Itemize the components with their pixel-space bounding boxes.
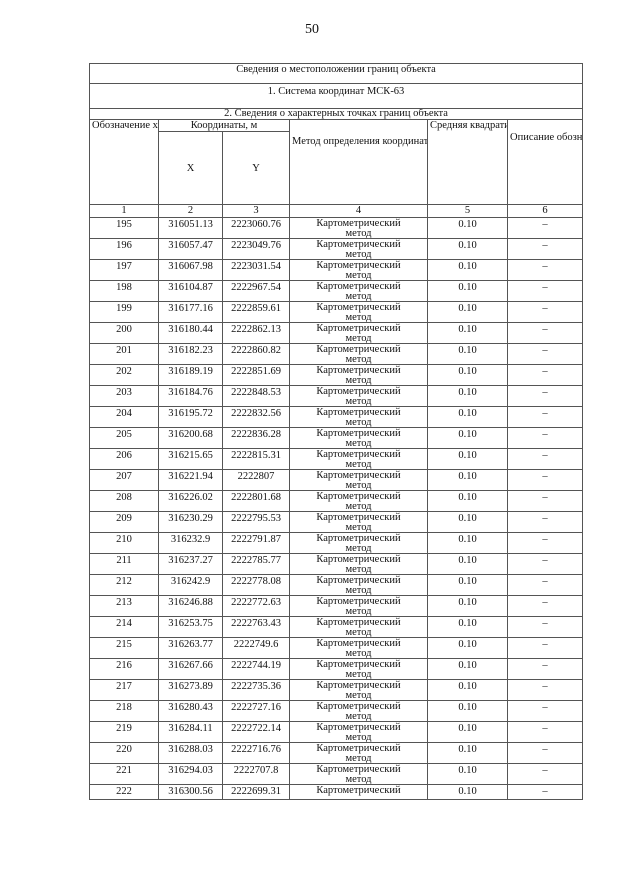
method-cell: Картометрическийметод xyxy=(290,239,428,260)
x-cell: 316200.68 xyxy=(159,428,223,449)
method-cell: Картометрическийметод xyxy=(290,344,428,365)
table-row: 202316189.192222851.69Картометрическийме… xyxy=(90,365,583,386)
error-cell: 0.10 xyxy=(428,659,508,680)
method-cell: Картометрическийметод xyxy=(290,722,428,743)
point-cell: 196 xyxy=(90,239,159,260)
description-cell: – xyxy=(508,512,583,533)
x-cell: 316273.89 xyxy=(159,680,223,701)
method-cell: Картометрическийметод xyxy=(290,281,428,302)
x-cell: 316294.03 xyxy=(159,764,223,785)
method-cell: Картометрическийметод xyxy=(290,365,428,386)
method-cell: Картометрическийметод xyxy=(290,407,428,428)
method-cell: Картометрическийметод xyxy=(290,659,428,680)
description-cell: – xyxy=(508,680,583,701)
error-cell: 0.10 xyxy=(428,365,508,386)
x-cell: 316263.77 xyxy=(159,638,223,659)
x-cell: 316104.87 xyxy=(159,281,223,302)
error-cell: 0.10 xyxy=(428,281,508,302)
x-cell: 316288.03 xyxy=(159,743,223,764)
method-cell: Картометрическийметод xyxy=(290,470,428,491)
method-cell: Картометрическийметод xyxy=(290,218,428,239)
method-text-cont: метод xyxy=(292,628,425,638)
method-text-cont: метод xyxy=(292,733,425,743)
error-cell: 0.10 xyxy=(428,302,508,323)
method-cell: Картометрическийметод xyxy=(290,323,428,344)
error-cell: 0.10 xyxy=(428,743,508,764)
error-cell: 0.10 xyxy=(428,491,508,512)
x-cell: 316300.56 xyxy=(159,785,223,800)
y-cell: 2222860.82 xyxy=(223,344,290,365)
method-cell: Картометрическийметод xyxy=(290,491,428,512)
method-text-cont: метод xyxy=(292,565,425,575)
method-text-cont: метод xyxy=(292,376,425,386)
method-text-cont: метод xyxy=(292,355,425,365)
y-cell: 2222795.53 xyxy=(223,512,290,533)
method-text-cont: метод xyxy=(292,397,425,407)
table-row: 211316237.272222785.77Картометрическийме… xyxy=(90,554,583,575)
x-cell: 316184.76 xyxy=(159,386,223,407)
description-cell: – xyxy=(508,722,583,743)
description-cell: – xyxy=(508,428,583,449)
point-cell: 202 xyxy=(90,365,159,386)
point-cell: 217 xyxy=(90,680,159,701)
description-cell: – xyxy=(508,785,583,800)
method-text-cont: метод xyxy=(292,691,425,701)
x-cell: 316230.29 xyxy=(159,512,223,533)
description-cell: – xyxy=(508,533,583,554)
column-number: 5 xyxy=(428,205,508,218)
method-cell: Картометрическийметод xyxy=(290,533,428,554)
point-cell: 203 xyxy=(90,386,159,407)
point-cell: 198 xyxy=(90,281,159,302)
x-cell: 316246.88 xyxy=(159,596,223,617)
error-cell: 0.10 xyxy=(428,554,508,575)
description-cell: – xyxy=(508,638,583,659)
error-cell: 0.10 xyxy=(428,239,508,260)
point-cell: 206 xyxy=(90,449,159,470)
y-cell: 2222851.69 xyxy=(223,365,290,386)
description-cell: – xyxy=(508,218,583,239)
point-cell: 222 xyxy=(90,785,159,800)
point-cell: 208 xyxy=(90,491,159,512)
description-cell: – xyxy=(508,407,583,428)
error-cell: 0.10 xyxy=(428,470,508,491)
table-row: 206316215.652222815.31Картометрическийме… xyxy=(90,449,583,470)
point-cell: 200 xyxy=(90,323,159,344)
table-row: 220316288.032222716.76Картометрическийме… xyxy=(90,743,583,764)
error-cell: 0.10 xyxy=(428,407,508,428)
method-text-cont: метод xyxy=(292,712,425,722)
table-row: 221316294.032222707.8Картометрическиймет… xyxy=(90,764,583,785)
y-cell: 2222785.77 xyxy=(223,554,290,575)
error-cell: 0.10 xyxy=(428,680,508,701)
description-cell: – xyxy=(508,491,583,512)
method-cell: Картометрическийметод xyxy=(290,638,428,659)
y-cell: 2222763.43 xyxy=(223,617,290,638)
table-row: 200316180.442222862.13Картометрическийме… xyxy=(90,323,583,344)
column-number: 3 xyxy=(223,205,290,218)
table-row: 210316232.92222791.87Картометрическиймет… xyxy=(90,533,583,554)
table-row: 197316067.982223031.54Картометрическийме… xyxy=(90,260,583,281)
method-text-cont: метод xyxy=(292,670,425,680)
method-cell: Картометрическийметод xyxy=(290,302,428,323)
method-text-cont: метод xyxy=(292,229,425,239)
method-cell: Картометрическийметод xyxy=(290,386,428,407)
y-cell: 2222832.56 xyxy=(223,407,290,428)
y-cell: 2222807 xyxy=(223,470,290,491)
point-cell: 211 xyxy=(90,554,159,575)
y-cell: 2222778.08 xyxy=(223,575,290,596)
table-row: 215316263.772222749.6Картометрическиймет… xyxy=(90,638,583,659)
method-text-cont: метод xyxy=(292,523,425,533)
table-row: 219316284.112222722.14Картометрическийме… xyxy=(90,722,583,743)
method-cell: Картометрическийметод xyxy=(290,554,428,575)
coordinate-system-label: 1. Система координат МСК-63 xyxy=(90,84,583,109)
description-cell: – xyxy=(508,344,583,365)
column-number: 4 xyxy=(290,205,428,218)
header-coordinates: Координаты, м xyxy=(159,120,290,132)
method-text-cont: метод xyxy=(292,460,425,470)
method-cell: Картометрическийметод xyxy=(290,743,428,764)
table-row: 213316246.882222772.63Картометрическийме… xyxy=(90,596,583,617)
description-cell: – xyxy=(508,554,583,575)
point-cell: 220 xyxy=(90,743,159,764)
page-number: 50 xyxy=(0,22,624,38)
x-cell: 316226.02 xyxy=(159,491,223,512)
method-text-cont: метод xyxy=(292,481,425,491)
table-row: 204316195.722222832.56Картометрическийме… xyxy=(90,407,583,428)
description-cell: – xyxy=(508,596,583,617)
method-text-cont: метод xyxy=(292,754,425,764)
error-cell: 0.10 xyxy=(428,617,508,638)
method-text: Картометрический xyxy=(292,786,425,796)
point-cell: 210 xyxy=(90,533,159,554)
y-cell: 2222749.6 xyxy=(223,638,290,659)
point-cell: 218 xyxy=(90,701,159,722)
table-row: 216316267.662222744.19Картометрическийме… xyxy=(90,659,583,680)
method-text-cont: метод xyxy=(292,334,425,344)
method-text-cont: метод xyxy=(292,649,425,659)
x-cell: 316280.43 xyxy=(159,701,223,722)
point-cell: 214 xyxy=(90,617,159,638)
description-cell: – xyxy=(508,302,583,323)
description-cell: – xyxy=(508,701,583,722)
method-cell: Картометрическийметод xyxy=(290,449,428,470)
point-cell: 199 xyxy=(90,302,159,323)
method-cell: Картометрическийметод xyxy=(290,596,428,617)
column-number: 1 xyxy=(90,205,159,218)
table-row: 196316057.472223049.76Картометрическийме… xyxy=(90,239,583,260)
description-cell: – xyxy=(508,764,583,785)
description-cell: – xyxy=(508,323,583,344)
point-cell: 205 xyxy=(90,428,159,449)
column-number: 6 xyxy=(508,205,583,218)
point-cell: 216 xyxy=(90,659,159,680)
table-row: 195316051.132223060.76Картометрическийме… xyxy=(90,218,583,239)
method-text-cont: метод xyxy=(292,271,425,281)
point-cell: 197 xyxy=(90,260,159,281)
table-row: 199316177.162222859.61Картометрическийме… xyxy=(90,302,583,323)
y-cell: 2222801.68 xyxy=(223,491,290,512)
x-cell: 316195.72 xyxy=(159,407,223,428)
x-cell: 316189.19 xyxy=(159,365,223,386)
method-text-cont: метод xyxy=(292,250,425,260)
points-section-label: 2. Сведения о характерных точках границ … xyxy=(90,109,583,120)
header-point: Обозначение характерных точек границ xyxy=(90,120,159,205)
table-row: 205316200.682222836.28Картометрическийме… xyxy=(90,428,583,449)
method-text-cont: метод xyxy=(292,544,425,554)
method-cell: Картометрический xyxy=(290,785,428,800)
x-cell: 316180.44 xyxy=(159,323,223,344)
table-title: Сведения о местоположении границ объекта xyxy=(90,64,583,84)
method-cell: Картометрическийметод xyxy=(290,701,428,722)
error-cell: 0.10 xyxy=(428,575,508,596)
error-cell: 0.10 xyxy=(428,764,508,785)
table-row: 214316253.752222763.43Картометрическийме… xyxy=(90,617,583,638)
point-cell: 221 xyxy=(90,764,159,785)
method-cell: Картометрическийметод xyxy=(290,260,428,281)
error-cell: 0.10 xyxy=(428,344,508,365)
method-cell: Картометрическийметод xyxy=(290,512,428,533)
description-cell: – xyxy=(508,365,583,386)
y-cell: 2222699.31 xyxy=(223,785,290,800)
y-cell: 2223060.76 xyxy=(223,218,290,239)
header-method: Метод определения координат характерной … xyxy=(290,120,428,205)
x-cell: 316182.23 xyxy=(159,344,223,365)
table-row: 222316300.562222699.31Картометрический0.… xyxy=(90,785,583,800)
method-text-cont: метод xyxy=(292,292,425,302)
method-text-cont: метод xyxy=(292,775,425,785)
column-number: 2 xyxy=(159,205,223,218)
x-cell: 316067.98 xyxy=(159,260,223,281)
y-cell: 2222848.53 xyxy=(223,386,290,407)
table-row: 218316280.432222727.16Картометрическийме… xyxy=(90,701,583,722)
table-row: 203316184.762222848.53Картометрическийме… xyxy=(90,386,583,407)
x-cell: 316221.94 xyxy=(159,470,223,491)
error-cell: 0.10 xyxy=(428,323,508,344)
point-cell: 201 xyxy=(90,344,159,365)
y-cell: 2222772.63 xyxy=(223,596,290,617)
y-cell: 2222862.13 xyxy=(223,323,290,344)
error-cell: 0.10 xyxy=(428,722,508,743)
point-cell: 195 xyxy=(90,218,159,239)
method-cell: Картометрическийметод xyxy=(290,617,428,638)
x-cell: 316057.47 xyxy=(159,239,223,260)
point-cell: 219 xyxy=(90,722,159,743)
x-cell: 316284.11 xyxy=(159,722,223,743)
x-cell: 316267.66 xyxy=(159,659,223,680)
description-cell: – xyxy=(508,386,583,407)
table-row: 198316104.872222967.54Картометрическийме… xyxy=(90,281,583,302)
y-cell: 2222791.87 xyxy=(223,533,290,554)
y-cell: 2222727.16 xyxy=(223,701,290,722)
table-row: 208316226.022222801.68Картометрическийме… xyxy=(90,491,583,512)
error-cell: 0.10 xyxy=(428,386,508,407)
x-cell: 316177.16 xyxy=(159,302,223,323)
table-row: 201316182.232222860.82Картометрическийме… xyxy=(90,344,583,365)
x-cell: 316051.13 xyxy=(159,218,223,239)
description-cell: – xyxy=(508,743,583,764)
method-text-cont: метод xyxy=(292,418,425,428)
table-row: 207316221.942222807Картометрическийметод… xyxy=(90,470,583,491)
y-cell: 2222707.8 xyxy=(223,764,290,785)
point-cell: 213 xyxy=(90,596,159,617)
y-cell: 2223049.76 xyxy=(223,239,290,260)
y-cell: 2222967.54 xyxy=(223,281,290,302)
method-cell: Картометрическийметод xyxy=(290,575,428,596)
point-cell: 215 xyxy=(90,638,159,659)
header-error: Средняя квадратическая погрешность полож… xyxy=(428,120,508,205)
error-cell: 0.10 xyxy=(428,533,508,554)
table-row: 212316242.92222778.08Картометрическиймет… xyxy=(90,575,583,596)
error-cell: 0.10 xyxy=(428,596,508,617)
description-cell: – xyxy=(508,449,583,470)
error-cell: 0.10 xyxy=(428,638,508,659)
error-cell: 0.10 xyxy=(428,785,508,800)
error-cell: 0.10 xyxy=(428,218,508,239)
y-cell: 2222744.19 xyxy=(223,659,290,680)
y-cell: 2222716.76 xyxy=(223,743,290,764)
method-text-cont: метод xyxy=(292,607,425,617)
description-cell: – xyxy=(508,659,583,680)
point-cell: 207 xyxy=(90,470,159,491)
header-y: Y xyxy=(223,132,290,205)
method-cell: Картометрическийметод xyxy=(290,428,428,449)
description-cell: – xyxy=(508,470,583,491)
point-cell: 212 xyxy=(90,575,159,596)
method-cell: Картометрическийметод xyxy=(290,680,428,701)
description-cell: – xyxy=(508,281,583,302)
method-text-cont: метод xyxy=(292,439,425,449)
y-cell: 2222836.28 xyxy=(223,428,290,449)
description-cell: – xyxy=(508,239,583,260)
x-cell: 316232.9 xyxy=(159,533,223,554)
description-cell: – xyxy=(508,260,583,281)
table-row: 217316273.892222735.36Картометрическийме… xyxy=(90,680,583,701)
boundary-points-table: Сведения о местоположении границ объекта… xyxy=(89,63,583,800)
y-cell: 2222735.36 xyxy=(223,680,290,701)
header-description: Описание обозначения точки на местности … xyxy=(508,120,583,205)
error-cell: 0.10 xyxy=(428,701,508,722)
method-text-cont: метод xyxy=(292,502,425,512)
y-cell: 2222722.14 xyxy=(223,722,290,743)
error-cell: 0.10 xyxy=(428,449,508,470)
description-cell: – xyxy=(508,575,583,596)
error-cell: 0.10 xyxy=(428,260,508,281)
x-cell: 316242.9 xyxy=(159,575,223,596)
header-x: X xyxy=(159,132,223,205)
table-row: 209316230.292222795.53Картометрическийме… xyxy=(90,512,583,533)
error-cell: 0.10 xyxy=(428,512,508,533)
error-cell: 0.10 xyxy=(428,428,508,449)
description-cell: – xyxy=(508,617,583,638)
x-cell: 316253.75 xyxy=(159,617,223,638)
method-text-cont: метод xyxy=(292,586,425,596)
point-cell: 209 xyxy=(90,512,159,533)
y-cell: 2223031.54 xyxy=(223,260,290,281)
x-cell: 316215.65 xyxy=(159,449,223,470)
point-cell: 204 xyxy=(90,407,159,428)
y-cell: 2222815.31 xyxy=(223,449,290,470)
y-cell: 2222859.61 xyxy=(223,302,290,323)
method-cell: Картометрическийметод xyxy=(290,764,428,785)
method-text-cont: метод xyxy=(292,313,425,323)
x-cell: 316237.27 xyxy=(159,554,223,575)
